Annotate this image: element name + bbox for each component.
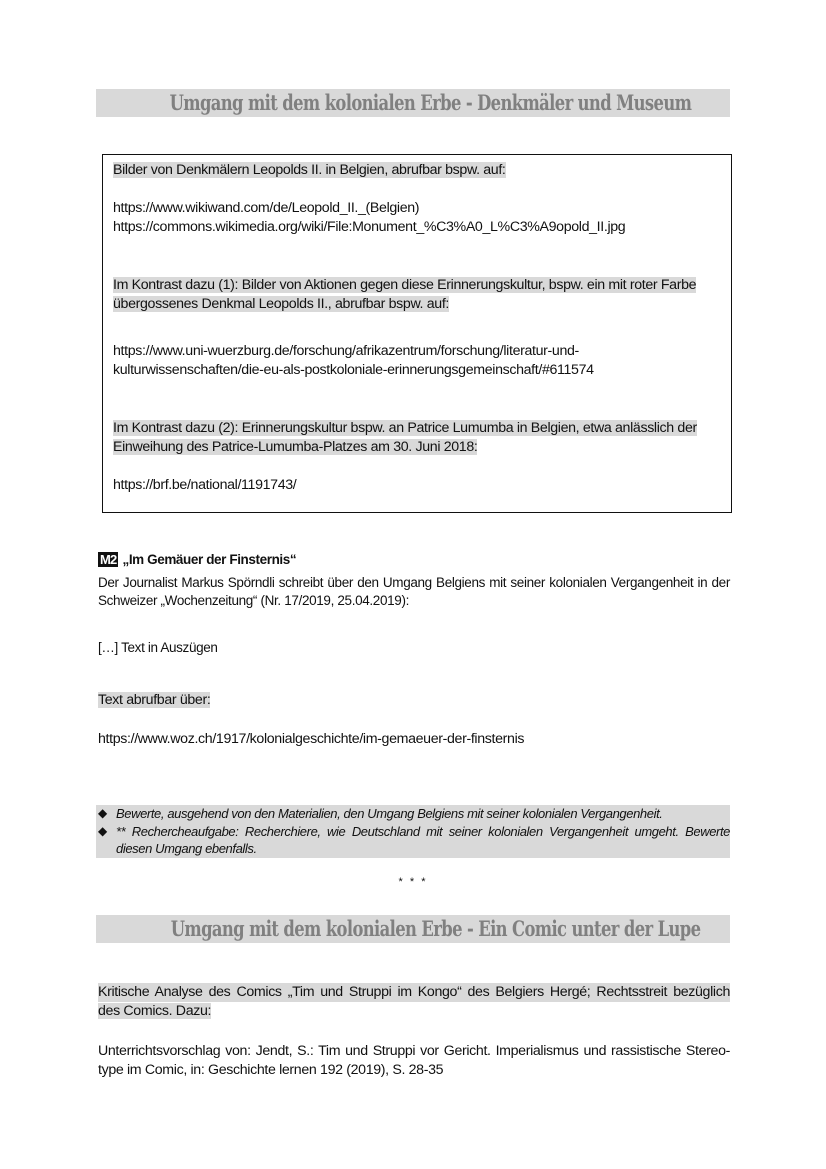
diamond-bullet-icon: ◆ <box>98 823 107 841</box>
highlighted-text: Text abrufbar über: <box>98 692 210 708</box>
section-title-monuments: Umgang mit dem kolonialen Erbe - Denkmäl… <box>96 89 730 117</box>
link-brf[interactable]: https://brf.be/national/1191743/ <box>113 476 296 495</box>
section-title-text: Umgang mit dem kolonialen Erbe - Denkmäl… <box>170 89 692 117</box>
reference-line-2: type im Comic, in: Geschichte lernen 192… <box>98 1061 443 1080</box>
task-text: ** Rechercheaufgabe: Recherchiere, wie D… <box>116 823 730 841</box>
box-intro-1: Bilder von Denkmälern Leopolds II. in Be… <box>113 161 506 180</box>
task-text: Bewerte, ausgehend von den Materialien, … <box>116 806 663 821</box>
reference-line-1: Unterrichtsvorschlag von: Jendt, S.: Tim… <box>98 1042 730 1061</box>
task-text-continued: diesen Umgang ebenfalls. <box>116 840 730 858</box>
highlighted-text: übergossenes Denkmal Leopolds II., abruf… <box>113 296 449 312</box>
section-title-comic: Umgang mit dem kolonialen Erbe - Ein Com… <box>96 915 730 943</box>
material-badge: M2 <box>98 552 118 567</box>
diamond-bullet-icon: ◆ <box>98 805 107 823</box>
box-intro-3-line-1: Im Kontrast dazu (2): Erinnerungskultur … <box>113 419 697 438</box>
link-wikimedia[interactable]: https://commons.wikimedia.org/wiki/File:… <box>113 218 625 237</box>
material-heading-m2: M2„Im Gemäuer der Finsternis“ <box>98 551 296 568</box>
highlighted-text: Bilder von Denkmälern Leopolds II. in Be… <box>113 162 506 178</box>
m2-available-label: Text abrufbar über: <box>98 691 210 710</box>
section-separator: * * * <box>0 876 826 888</box>
material-title: „Im Gemäuer der Finsternis“ <box>122 552 296 567</box>
comic-intro-line-1: Kritische Analyse des Comics „Tim und St… <box>98 983 730 1002</box>
link-wikiwand[interactable]: https://www.wikiwand.com/de/Leopold_II._… <box>113 199 419 218</box>
section-title-text: Umgang mit dem kolonialen Erbe - Ein Com… <box>171 915 701 943</box>
link-woz[interactable]: https://www.woz.ch/1917/kolonialgeschich… <box>98 730 524 749</box>
highlighted-text: Im Kontrast dazu (1): Bilder von Aktione… <box>113 277 696 293</box>
highlighted-text: Kritische Analyse des Comics „Tim und St… <box>98 983 730 1002</box>
highlighted-text: Im Kontrast dazu (2): Erinnerungskultur … <box>113 420 697 436</box>
m2-description-line-1: Der Journalist Markus Spörndli schreibt … <box>98 574 730 592</box>
link-uni-wuerzburg-line-2[interactable]: kulturwissenschaften/die-eu-als-postkolo… <box>113 361 594 380</box>
task-item: ◆ Bewerte, ausgehend von den Materialien… <box>96 805 730 823</box>
m2-excerpt-note: […] Text in Auszügen <box>98 638 218 657</box>
box-intro-3-line-2: Einweihung des Patrice-Lumumba-Platzes a… <box>113 438 477 457</box>
link-uni-wuerzburg-line-1[interactable]: https://www.uni-wuerzburg.de/forschung/a… <box>113 342 579 361</box>
highlighted-text: Einweihung des Patrice-Lumumba-Platzes a… <box>113 439 477 455</box>
task-item: ◆ ** Rechercheaufgabe: Recherchiere, wie… <box>96 823 730 858</box>
box-intro-2-line-2: übergossenes Denkmal Leopolds II., abruf… <box>113 295 449 314</box>
box-intro-2-line-1: Im Kontrast dazu (1): Bilder von Aktione… <box>113 276 696 295</box>
highlighted-text: des Comics. Dazu: <box>98 1003 211 1019</box>
comic-intro-line-2: des Comics. Dazu: <box>98 1002 211 1021</box>
task-list: ◆ Bewerte, ausgehend von den Materialien… <box>96 805 730 858</box>
m2-description-line-2: Schweizer „Wochenzeitung“ (Nr. 17/2019, … <box>98 592 409 610</box>
